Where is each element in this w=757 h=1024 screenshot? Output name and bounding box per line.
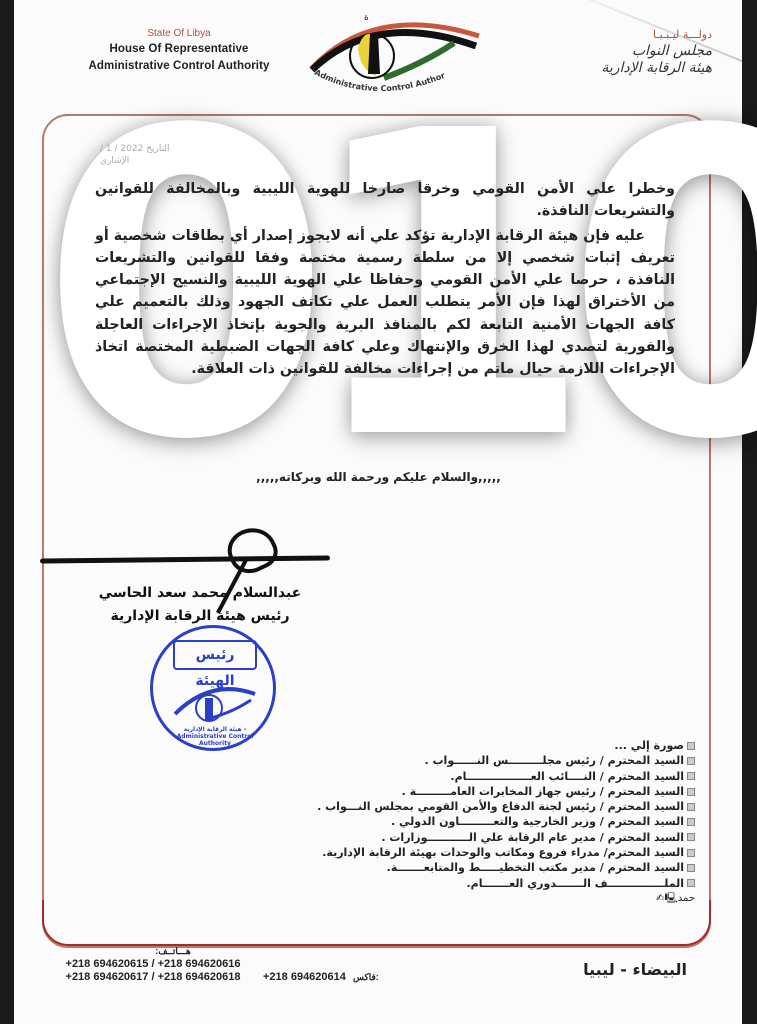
cc-item: الملـــــــــــــــف الـــــــدوري العــ… [300, 876, 695, 891]
typist-row: حمد🖳✍ [300, 891, 695, 906]
footer: هـــاتــف: +218 694620615 / +218 6946206… [0, 945, 757, 1005]
signer-name: عبدالسلام محمد سعد الحاسي [80, 582, 320, 605]
body-paragraph-1: وخطرا علي الأمن القومي وخرقا صارخا للهوي… [95, 178, 675, 223]
reference-label: الإشاري [100, 155, 170, 167]
phone-line-2: +218 694620617 / +218 694620618 [58, 971, 248, 984]
state-name-en: State Of Libya [54, 28, 304, 39]
typist-initials: حمد [678, 891, 695, 906]
signer-title: رئيس هيئة الرقابة الإدارية [80, 605, 320, 628]
phone-block: هـــاتــف: +218 694620615 / +218 6946206… [58, 945, 248, 984]
cc-item: السيد المحترم / رئيس لجنة الدفاع والأمن … [300, 799, 695, 814]
cc-item: السيد المحترم / رئيس مجلـــــــــس النــ… [300, 753, 695, 768]
city-address: البيضاء - ليبيا [583, 960, 687, 979]
cc-item-text: السيد المحترم / مدير عام الرقابة علي الـ… [381, 830, 684, 845]
cc-item-text: السيد المحترم / مدير مكتب التخطيـــــط و… [387, 860, 684, 875]
letterhead-english: State Of Libya House Of Representative A… [54, 28, 304, 77]
fax-block: +218 694620614 فاكس: [263, 971, 379, 983]
bullet-box-icon [687, 788, 695, 796]
cc-item: السيد المحترم/ مدراء فروع ومكاتب والوحدا… [300, 845, 695, 860]
letterhead-arabic: دولـــة ليـبـيـا مجلس النواب هيئة الرقاب… [492, 28, 712, 77]
bullet-box-icon [687, 803, 695, 811]
bullet-box-icon [687, 818, 695, 826]
cc-item: السيد المحترم / رئيس جهاز المخابرات العا… [300, 784, 695, 799]
bullet-box-icon [687, 772, 695, 780]
cc-item-text: السيد المحترم / النــــائب العــــــــــ… [450, 769, 684, 784]
cc-item-text: السيد المحترم/ مدراء فروع ومكاتب والوحدا… [322, 845, 684, 860]
phone-label: هـــاتــف: [58, 945, 248, 958]
bullet-box-icon [687, 757, 695, 765]
cc-list: صورة إلي ... السيد المحترم / رئيس مجلـــ… [300, 738, 695, 906]
date-value: 2022 / 1 / [100, 144, 143, 154]
cc-item-text: السيد المحترم / رئيس لجنة الدفاع والأمن … [317, 799, 684, 814]
bullet-box-icon [687, 742, 695, 750]
phone-line-1: +218 694620615 / +218 694620616 [58, 958, 248, 971]
cc-item: السيد المحترم / النــــائب العــــــــــ… [300, 769, 695, 784]
document-border-bottom [42, 900, 711, 946]
pen-icon: ✍ [656, 891, 664, 906]
cc-item-text: السيد المحترم / رئيس جهاز المخابرات العا… [402, 784, 684, 799]
cc-item-text: السيد المحترم / وزير الخارجية والتعـــــ… [391, 814, 684, 829]
cc-item: السيد المحترم / مدير عام الرقابة علي الـ… [300, 830, 695, 845]
fax-number: +218 694620614 [263, 971, 346, 983]
body-paragraph-2: عليه فإن هيئة الرقابة الإدارية تؤكد علي … [95, 225, 675, 381]
cc-title: صورة إلي ... [614, 738, 684, 753]
authority-name-en: Administrative Control Authority [54, 60, 304, 72]
bullet-box-icon [687, 833, 695, 841]
eye-emblem-icon: ة Administrative Control Authority [294, 8, 494, 98]
cc-title-row: صورة إلي ... [300, 738, 695, 753]
computer-icon: 🖳 [664, 891, 677, 906]
signer-block: عبدالسلام محمد سعد الحاسي رئيس هيئة الرق… [80, 582, 320, 628]
bullet-box-icon [687, 849, 695, 857]
house-name-en: House Of Representative [54, 43, 304, 55]
cc-item: السيد المحترم / وزير الخارجية والتعـــــ… [300, 814, 695, 829]
bullet-box-icon [687, 879, 695, 887]
stamp-ring-text: هيئة الرقابة الإدارية - Administrative C… [165, 726, 265, 747]
fax-label: فاكس: [353, 972, 379, 982]
stamp-label: رئيس الهيئة [173, 640, 257, 670]
date-reference-block: التاريخ 2022 / 1 / الإشاري [100, 143, 170, 167]
official-stamp: رئيس الهيئة هيئة الرقابة الإدارية - Admi… [150, 625, 276, 751]
closing-greeting: ,,,,,والسلام عليكم ورحمة الله وبركاته,,,… [0, 470, 757, 484]
house-name-ar: مجلس النواب [492, 43, 712, 59]
letter-body: وخطرا علي الأمن القومي وخرقا صارخا للهوي… [95, 178, 675, 381]
date-label: التاريخ [146, 144, 169, 154]
svg-text:ة: ة [364, 13, 369, 23]
bullet-box-icon [687, 864, 695, 872]
state-name-ar: دولـــة ليـبـيـا [492, 28, 712, 41]
cc-item-text: السيد المحترم / رئيس مجلـــــــــس النــ… [425, 753, 685, 768]
cc-item-text: الملـــــــــــــــف الـــــــدوري العــ… [466, 876, 684, 891]
cc-item: السيد المحترم / مدير مكتب التخطيـــــط و… [300, 860, 695, 875]
authority-name-ar: هيئة الرقابة الإدارية [492, 60, 712, 76]
stamp-eye-icon [171, 678, 257, 728]
